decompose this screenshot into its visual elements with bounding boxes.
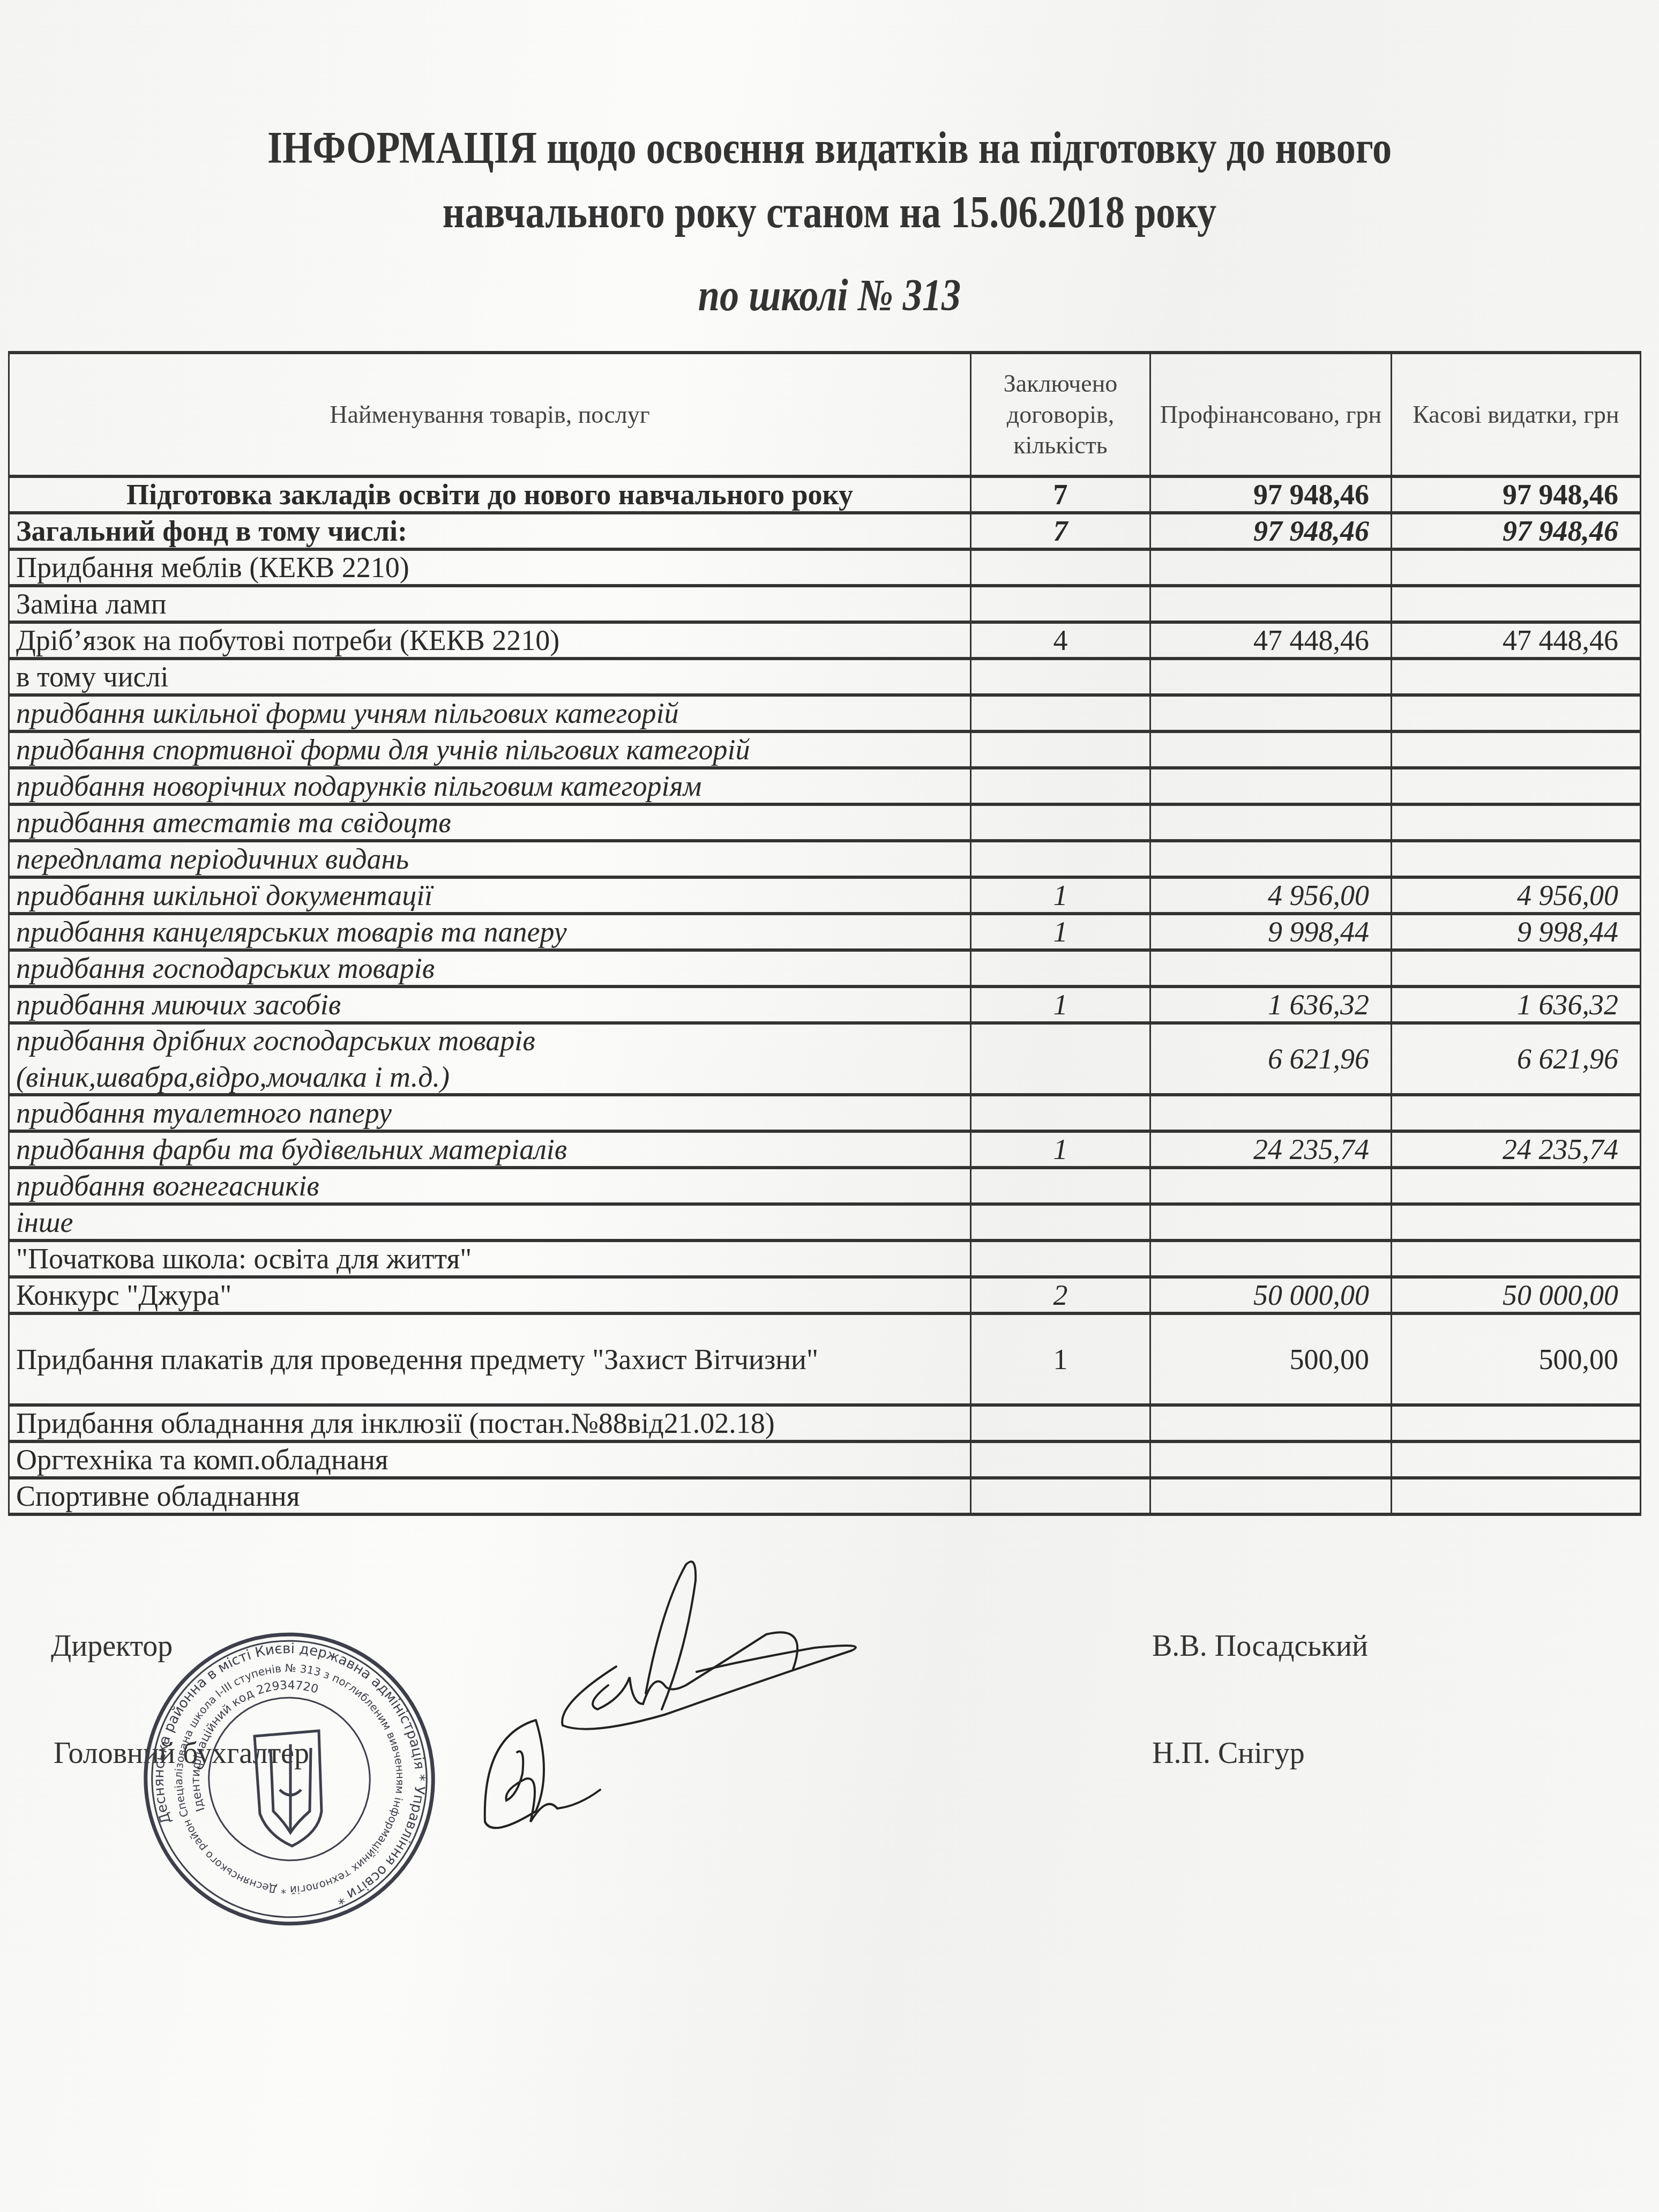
- cell-item-name: передплата періодичних видань: [9, 841, 971, 877]
- item-name-text: придбання туалетного паперу: [16, 1098, 963, 1127]
- cell-financed: 500,00: [1150, 1313, 1392, 1405]
- item-name-text: придбання атестатів та свідоцтв: [16, 808, 963, 837]
- accountant-signature: [472, 1715, 675, 1892]
- table-row: передплата періодичних видань: [9, 841, 1641, 877]
- cell-count: [971, 804, 1150, 841]
- table-row: Заміна ламп: [9, 586, 1641, 622]
- cell-count: [971, 695, 1150, 731]
- cell-count: 4: [971, 622, 1150, 659]
- cell-cash: 24 235,74: [1392, 1131, 1641, 1168]
- table-row: придбання атестатів та свідоцтв: [9, 804, 1641, 841]
- cell-cash: 6 621,96: [1392, 1023, 1641, 1095]
- director-name: В.В. Посадський: [1152, 1629, 1368, 1663]
- cell-cash: 1 636,32: [1392, 987, 1641, 1023]
- table-row: придбання шкільної документації14 956,00…: [9, 877, 1641, 914]
- table-row: Придбання плакатів для проведення предме…: [9, 1313, 1641, 1405]
- official-stamp: Деснянська районна в місті Києві державн…: [139, 1629, 439, 1929]
- item-name-text: Загальний фонд в тому числі:: [16, 517, 963, 545]
- document-subtitle: по школі № 313: [116, 273, 1543, 318]
- table-row: придбання туалетного паперу: [9, 1095, 1641, 1131]
- cell-count: [971, 1240, 1150, 1277]
- item-name-text: придбання дрібних господарських товарів: [16, 1026, 963, 1055]
- coat-of-arms-icon: [255, 1731, 322, 1846]
- item-name-text: придбання вогнегасників: [16, 1171, 963, 1200]
- cell-cash: [1392, 731, 1641, 768]
- cell-count: [971, 586, 1150, 622]
- cell-count: [971, 1441, 1150, 1478]
- cell-item-name: Підготовка закладів освіти до нового нав…: [9, 476, 971, 513]
- cell-financed: 4 956,00: [1150, 877, 1392, 914]
- cell-cash: 97 948,46: [1392, 513, 1641, 549]
- cell-financed: 1 636,32: [1150, 987, 1392, 1023]
- cell-financed: 9 998,44: [1150, 914, 1392, 950]
- cell-financed: [1150, 1204, 1392, 1240]
- cell-financed: [1150, 586, 1392, 622]
- cell-cash: 97 948,46: [1392, 476, 1641, 513]
- cell-count: [971, 1478, 1150, 1514]
- cell-item-name: придбання дрібних господарських товарів(…: [9, 1023, 971, 1095]
- cell-cash: [1392, 841, 1641, 877]
- cell-item-name: придбання туалетного паперу: [9, 1095, 971, 1131]
- item-name-text: придбання фарби та будівельних матеріалі…: [16, 1135, 963, 1164]
- item-name-text: в тому числі: [16, 662, 963, 691]
- cell-item-name: інше: [9, 1204, 971, 1240]
- cell-count: 7: [971, 513, 1150, 549]
- cell-cash: [1392, 586, 1641, 622]
- cell-item-name: Придбання обладнання для інклюзії (поста…: [9, 1405, 971, 1441]
- header-cash: Касові видатки, грн: [1392, 353, 1641, 476]
- item-name-text: Підготовка закладів освіти до нового нав…: [16, 480, 963, 509]
- cell-item-name: придбання спортивної форми для учнів піл…: [9, 731, 971, 768]
- cell-item-name: придбання новорічних подарунків пільгови…: [9, 768, 971, 804]
- cell-financed: [1150, 1240, 1392, 1277]
- item-name-text: Придбання плакатів для проведення предме…: [16, 1345, 963, 1374]
- cell-cash: 9 998,44: [1392, 914, 1641, 950]
- table-row: придбання канцелярських товарів та папер…: [9, 914, 1641, 950]
- cell-count: [971, 768, 1150, 804]
- item-name-text: придбання новорічних подарунків пільгови…: [16, 772, 963, 801]
- cell-count: [971, 659, 1150, 695]
- table-row: Придбання обладнання для інклюзії (поста…: [9, 1405, 1641, 1441]
- cell-financed: [1150, 1405, 1392, 1441]
- cell-item-name: придбання вогнегасників: [9, 1168, 971, 1204]
- cell-item-name: Спортивне обладнання: [9, 1478, 971, 1514]
- expenditure-table: Найменування товарів, послуг Заключено д…: [8, 351, 1641, 1516]
- cell-item-name: придбання шкільної форми учням пільгових…: [9, 695, 971, 731]
- cell-count: 1: [971, 914, 1150, 950]
- cell-cash: [1392, 1441, 1641, 1478]
- document-title-line-1: ІНФОРМАЦІЯ щодо освоєння видатків на під…: [116, 126, 1543, 171]
- table-row: придбання новорічних подарунків пільгови…: [9, 768, 1641, 804]
- cell-count: [971, 841, 1150, 877]
- cell-count: 1: [971, 1131, 1150, 1168]
- table-row: Спортивне обладнання: [9, 1478, 1641, 1514]
- cell-count: 1: [971, 877, 1150, 914]
- item-name-text: передплата періодичних видань: [16, 845, 963, 873]
- cell-financed: 50 000,00: [1150, 1277, 1392, 1313]
- cell-financed: [1150, 731, 1392, 768]
- cell-item-name: придбання атестатів та свідоцтв: [9, 804, 971, 841]
- table-row: придбання шкільної форми учням пільгових…: [9, 695, 1641, 731]
- document-title-line-2: навчального року станом на 15.06.2018 ро…: [116, 190, 1543, 235]
- cell-count: [971, 549, 1150, 586]
- header-financed: Профінансовано, грн: [1150, 353, 1392, 476]
- cell-count: 7: [971, 476, 1150, 513]
- cell-cash: [1392, 1478, 1641, 1514]
- cell-item-name: "Початкова школа: освіта для життя": [9, 1240, 971, 1277]
- cell-item-name: Заміна ламп: [9, 586, 971, 622]
- cell-financed: [1150, 1441, 1392, 1478]
- table-row: Дріб’язок на побутові потреби (КЕКВ 2210…: [9, 622, 1641, 659]
- cell-item-name: придбання миючих засобів: [9, 987, 971, 1023]
- cell-count: 1: [971, 987, 1150, 1023]
- item-name-text: Дріб’язок на побутові потреби (КЕКВ 2210…: [16, 626, 963, 655]
- table-header-row: Найменування товарів, послуг Заключено д…: [9, 353, 1641, 476]
- table-row: Підготовка закладів освіти до нового нав…: [9, 476, 1641, 513]
- cell-financed: [1150, 659, 1392, 695]
- cell-financed: 47 448,46: [1150, 622, 1392, 659]
- item-name-text: Придбання обладнання для інклюзії (поста…: [16, 1409, 963, 1438]
- table-row: Конкурс "Джура"250 000,0050 000,00: [9, 1277, 1641, 1313]
- cell-cash: 47 448,46: [1392, 622, 1641, 659]
- table-row: Загальний фонд в тому числі:797 948,4697…: [9, 513, 1641, 549]
- table-row: в тому числі: [9, 659, 1641, 695]
- cell-financed: 97 948,46: [1150, 513, 1392, 549]
- item-name-text: Придбання меблів (КЕКВ 2210): [16, 553, 963, 582]
- item-name-text: придбання миючих засобів: [16, 990, 963, 1019]
- table-row: Придбання меблів (КЕКВ 2210): [9, 549, 1641, 586]
- table-row: Оргтехніка та комп.обладнаня: [9, 1441, 1641, 1478]
- cell-count: [971, 1168, 1150, 1204]
- cell-financed: [1150, 695, 1392, 731]
- item-name-text: Оргтехніка та комп.обладнаня: [16, 1445, 963, 1474]
- table-body: Підготовка закладів освіти до нового нав…: [9, 476, 1641, 1514]
- cell-count: 2: [971, 1277, 1150, 1313]
- cell-cash: [1392, 1168, 1641, 1204]
- item-name-text: придбання шкільної форми учням пільгових…: [16, 699, 963, 728]
- cell-financed: 97 948,46: [1150, 476, 1392, 513]
- cell-cash: [1392, 695, 1641, 731]
- header-name: Найменування товарів, послуг: [9, 353, 971, 476]
- cell-item-name: придбання господарських товарів: [9, 950, 971, 987]
- item-name-text: придбання шкільної документації: [16, 881, 963, 910]
- table-row: придбання спортивної форми для учнів піл…: [9, 731, 1641, 768]
- cell-item-name: придбання фарби та будівельних матеріалі…: [9, 1131, 971, 1168]
- table-row: придбання миючих засобів11 636,321 636,3…: [9, 987, 1641, 1023]
- item-name-text: інше: [16, 1208, 963, 1237]
- item-name-text: придбання канцелярських товарів та папер…: [16, 917, 963, 946]
- cell-cash: [1392, 659, 1641, 695]
- header-count: Заключено договорів, кількість: [971, 353, 1150, 476]
- cell-item-name: придбання канцелярських товарів та папер…: [9, 914, 971, 950]
- item-name-text: Заміна ламп: [16, 589, 963, 618]
- cell-cash: 50 000,00: [1392, 1277, 1641, 1313]
- cell-financed: 24 235,74: [1150, 1131, 1392, 1168]
- cell-financed: [1150, 804, 1392, 841]
- cell-item-name: Дріб’язок на побутові потреби (КЕКВ 2210…: [9, 622, 971, 659]
- cell-item-name: Придбання меблів (КЕКВ 2210): [9, 549, 971, 586]
- cell-item-name: Конкурс "Джура": [9, 1277, 971, 1313]
- cell-item-name: Придбання плакатів для проведення предме…: [9, 1313, 971, 1405]
- cell-cash: [1392, 768, 1641, 804]
- cell-cash: [1392, 1240, 1641, 1277]
- cell-financed: 6 621,96: [1150, 1023, 1392, 1095]
- cell-cash: 4 956,00: [1392, 877, 1641, 914]
- cell-item-name: Загальний фонд в тому числі:: [9, 513, 971, 549]
- table-row: придбання господарських товарів: [9, 950, 1641, 987]
- item-name-text: придбання господарських товарів: [16, 954, 963, 983]
- cell-financed: [1150, 549, 1392, 586]
- cell-cash: [1392, 1095, 1641, 1131]
- cell-item-name: Оргтехніка та комп.обладнаня: [9, 1441, 971, 1478]
- table-row: інше: [9, 1204, 1641, 1240]
- cell-count: [971, 1023, 1150, 1095]
- table-row: "Початкова школа: освіта для життя": [9, 1240, 1641, 1277]
- item-name-text: "Початкова школа: освіта для життя": [16, 1244, 963, 1273]
- cell-count: [971, 731, 1150, 768]
- cell-item-name: придбання шкільної документації: [9, 877, 971, 914]
- cell-item-name: в тому числі: [9, 659, 971, 695]
- cell-financed: [1150, 1168, 1392, 1204]
- item-name-text: придбання спортивної форми для учнів піл…: [16, 735, 963, 764]
- table-row: придбання фарби та будівельних матеріалі…: [9, 1131, 1641, 1168]
- cell-count: [971, 950, 1150, 987]
- cell-financed: [1150, 1095, 1392, 1131]
- cell-cash: [1392, 549, 1641, 586]
- item-name-text-line-2: (віник,швабра,відро,мочалка і т.д.): [16, 1063, 963, 1092]
- cell-financed: [1150, 841, 1392, 877]
- cell-count: [971, 1405, 1150, 1441]
- accountant-name: Н.П. Снігур: [1152, 1736, 1305, 1770]
- cell-cash: [1392, 950, 1641, 987]
- cell-cash: [1392, 1204, 1641, 1240]
- cell-financed: [1150, 1478, 1392, 1514]
- cell-financed: [1150, 950, 1392, 987]
- cell-cash: [1392, 1405, 1641, 1441]
- cell-financed: [1150, 768, 1392, 804]
- table-row: придбання дрібних господарських товарів(…: [9, 1023, 1641, 1095]
- cell-count: [971, 1095, 1150, 1131]
- item-name-text: Конкурс "Джура": [16, 1281, 963, 1310]
- item-name-text: Спортивне обладнання: [16, 1482, 963, 1511]
- cell-count: 1: [971, 1313, 1150, 1405]
- cell-cash: [1392, 804, 1641, 841]
- cell-count: [971, 1204, 1150, 1240]
- table-row: придбання вогнегасників: [9, 1168, 1641, 1204]
- cell-cash: 500,00: [1392, 1313, 1641, 1405]
